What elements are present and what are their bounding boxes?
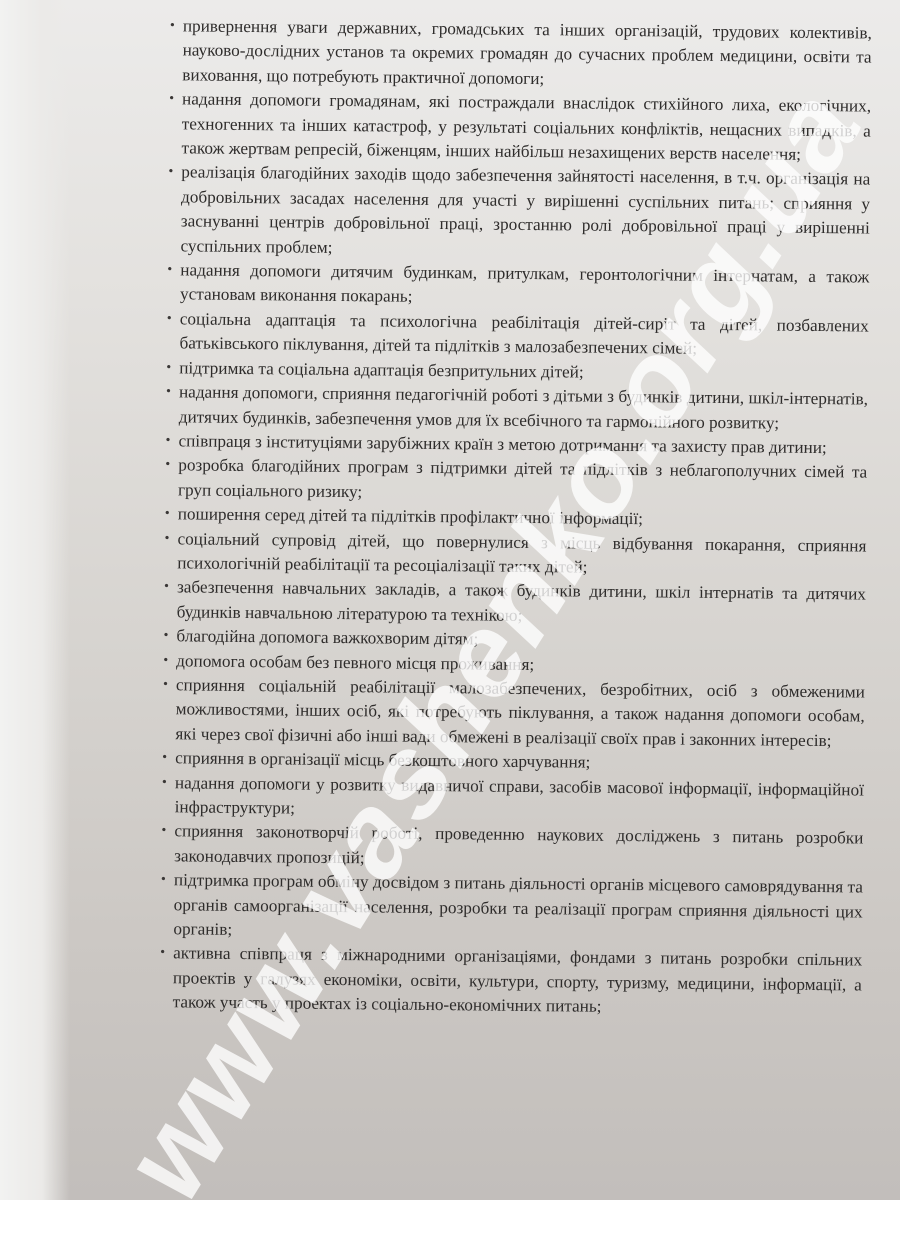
bullet-icon: •	[169, 87, 174, 111]
list-item: • надання допомоги, сприяння педагогічні…	[146, 380, 868, 436]
list-item: • надання допомоги у розвитку видавничої…	[142, 771, 864, 827]
list-item: • забезпечення навчальних закладів, а та…	[144, 575, 866, 631]
list-item-text: активна співпраця з міжнародними організ…	[173, 942, 863, 1022]
bullet-icon: •	[162, 771, 167, 795]
list-item: • активна співпраця з міжнародними орган…	[140, 941, 863, 1022]
list-item-text: реалізація благодійних заходів щодо забе…	[180, 161, 870, 266]
bullet-icon: •	[161, 820, 166, 844]
bullet-icon: •	[163, 673, 168, 697]
document-photo: • привернення уваги державних, громадськ…	[0, 0, 900, 1200]
bullet-icon: •	[166, 380, 171, 404]
list-item-text: забезпечення навчальних закладів, а тако…	[177, 576, 866, 632]
list-item-text: надання допомоги, сприяння педагогічній …	[179, 380, 868, 436]
list-item-text: розробка благодійних програм з підтримки…	[178, 454, 867, 510]
list-item-text: надання допомоги громадянам, які постраж…	[181, 88, 871, 168]
bullet-icon: •	[166, 356, 171, 380]
list-item-text: соціальна адаптація та психологічна реаб…	[179, 307, 868, 363]
bullet-icon: •	[164, 527, 169, 551]
list-item-text: сприяння законотворчій роботі, проведенн…	[174, 820, 863, 876]
list-item: • розробка благодійних програм з підтрим…	[145, 453, 867, 509]
bullet-icon: •	[167, 307, 172, 331]
list-item-text: надання допомоги у розвитку видавничої с…	[175, 771, 864, 827]
list-item-text: надання допомоги дитячим будинкам, приту…	[180, 258, 869, 314]
list-item: • соціальна адаптація та психологічна ре…	[146, 307, 868, 363]
bullet-icon: •	[168, 161, 173, 185]
bullet-icon: •	[160, 942, 165, 966]
list-item: • сприяння соціальній реабілітації малоз…	[142, 673, 865, 754]
bullet-icon: •	[167, 258, 172, 282]
bullet-list: • привернення уваги державних, громадськ…	[140, 14, 872, 1022]
list-item: • соціальний супровід дітей, що повернул…	[144, 527, 866, 583]
bullet-icon: •	[162, 746, 167, 770]
bullet-icon: •	[163, 624, 168, 648]
list-item-text: сприяння соціальній реабілітації малозаб…	[175, 673, 865, 753]
bullet-icon: •	[163, 649, 168, 673]
document-page: • привернення уваги державних, громадськ…	[140, 14, 872, 1022]
bullet-icon: •	[165, 502, 170, 526]
list-item-text: підтримка програм обміну досвідом з пита…	[173, 869, 863, 949]
bullet-icon: •	[165, 429, 170, 453]
list-item: • привернення уваги державних, громадськ…	[149, 14, 872, 95]
bullet-icon: •	[164, 576, 169, 600]
bullet-icon: •	[161, 868, 166, 892]
list-item: • надання допомоги громадянам, які постр…	[148, 87, 871, 168]
list-item-text: соціальний супровід дітей, що повернулис…	[177, 527, 866, 583]
list-item: • підтримка програм обміну досвідом з пи…	[140, 868, 863, 949]
bullet-icon: •	[170, 14, 175, 38]
bullet-icon: •	[165, 453, 170, 477]
list-item: • реалізація благодійних заходів щодо за…	[147, 160, 870, 265]
list-item: • надання допомоги дитячим будинкам, при…	[147, 258, 869, 314]
list-item: • сприяння законотворчій роботі, проведе…	[141, 819, 863, 875]
list-item-text: привернення уваги державних, громадських…	[182, 14, 872, 94]
